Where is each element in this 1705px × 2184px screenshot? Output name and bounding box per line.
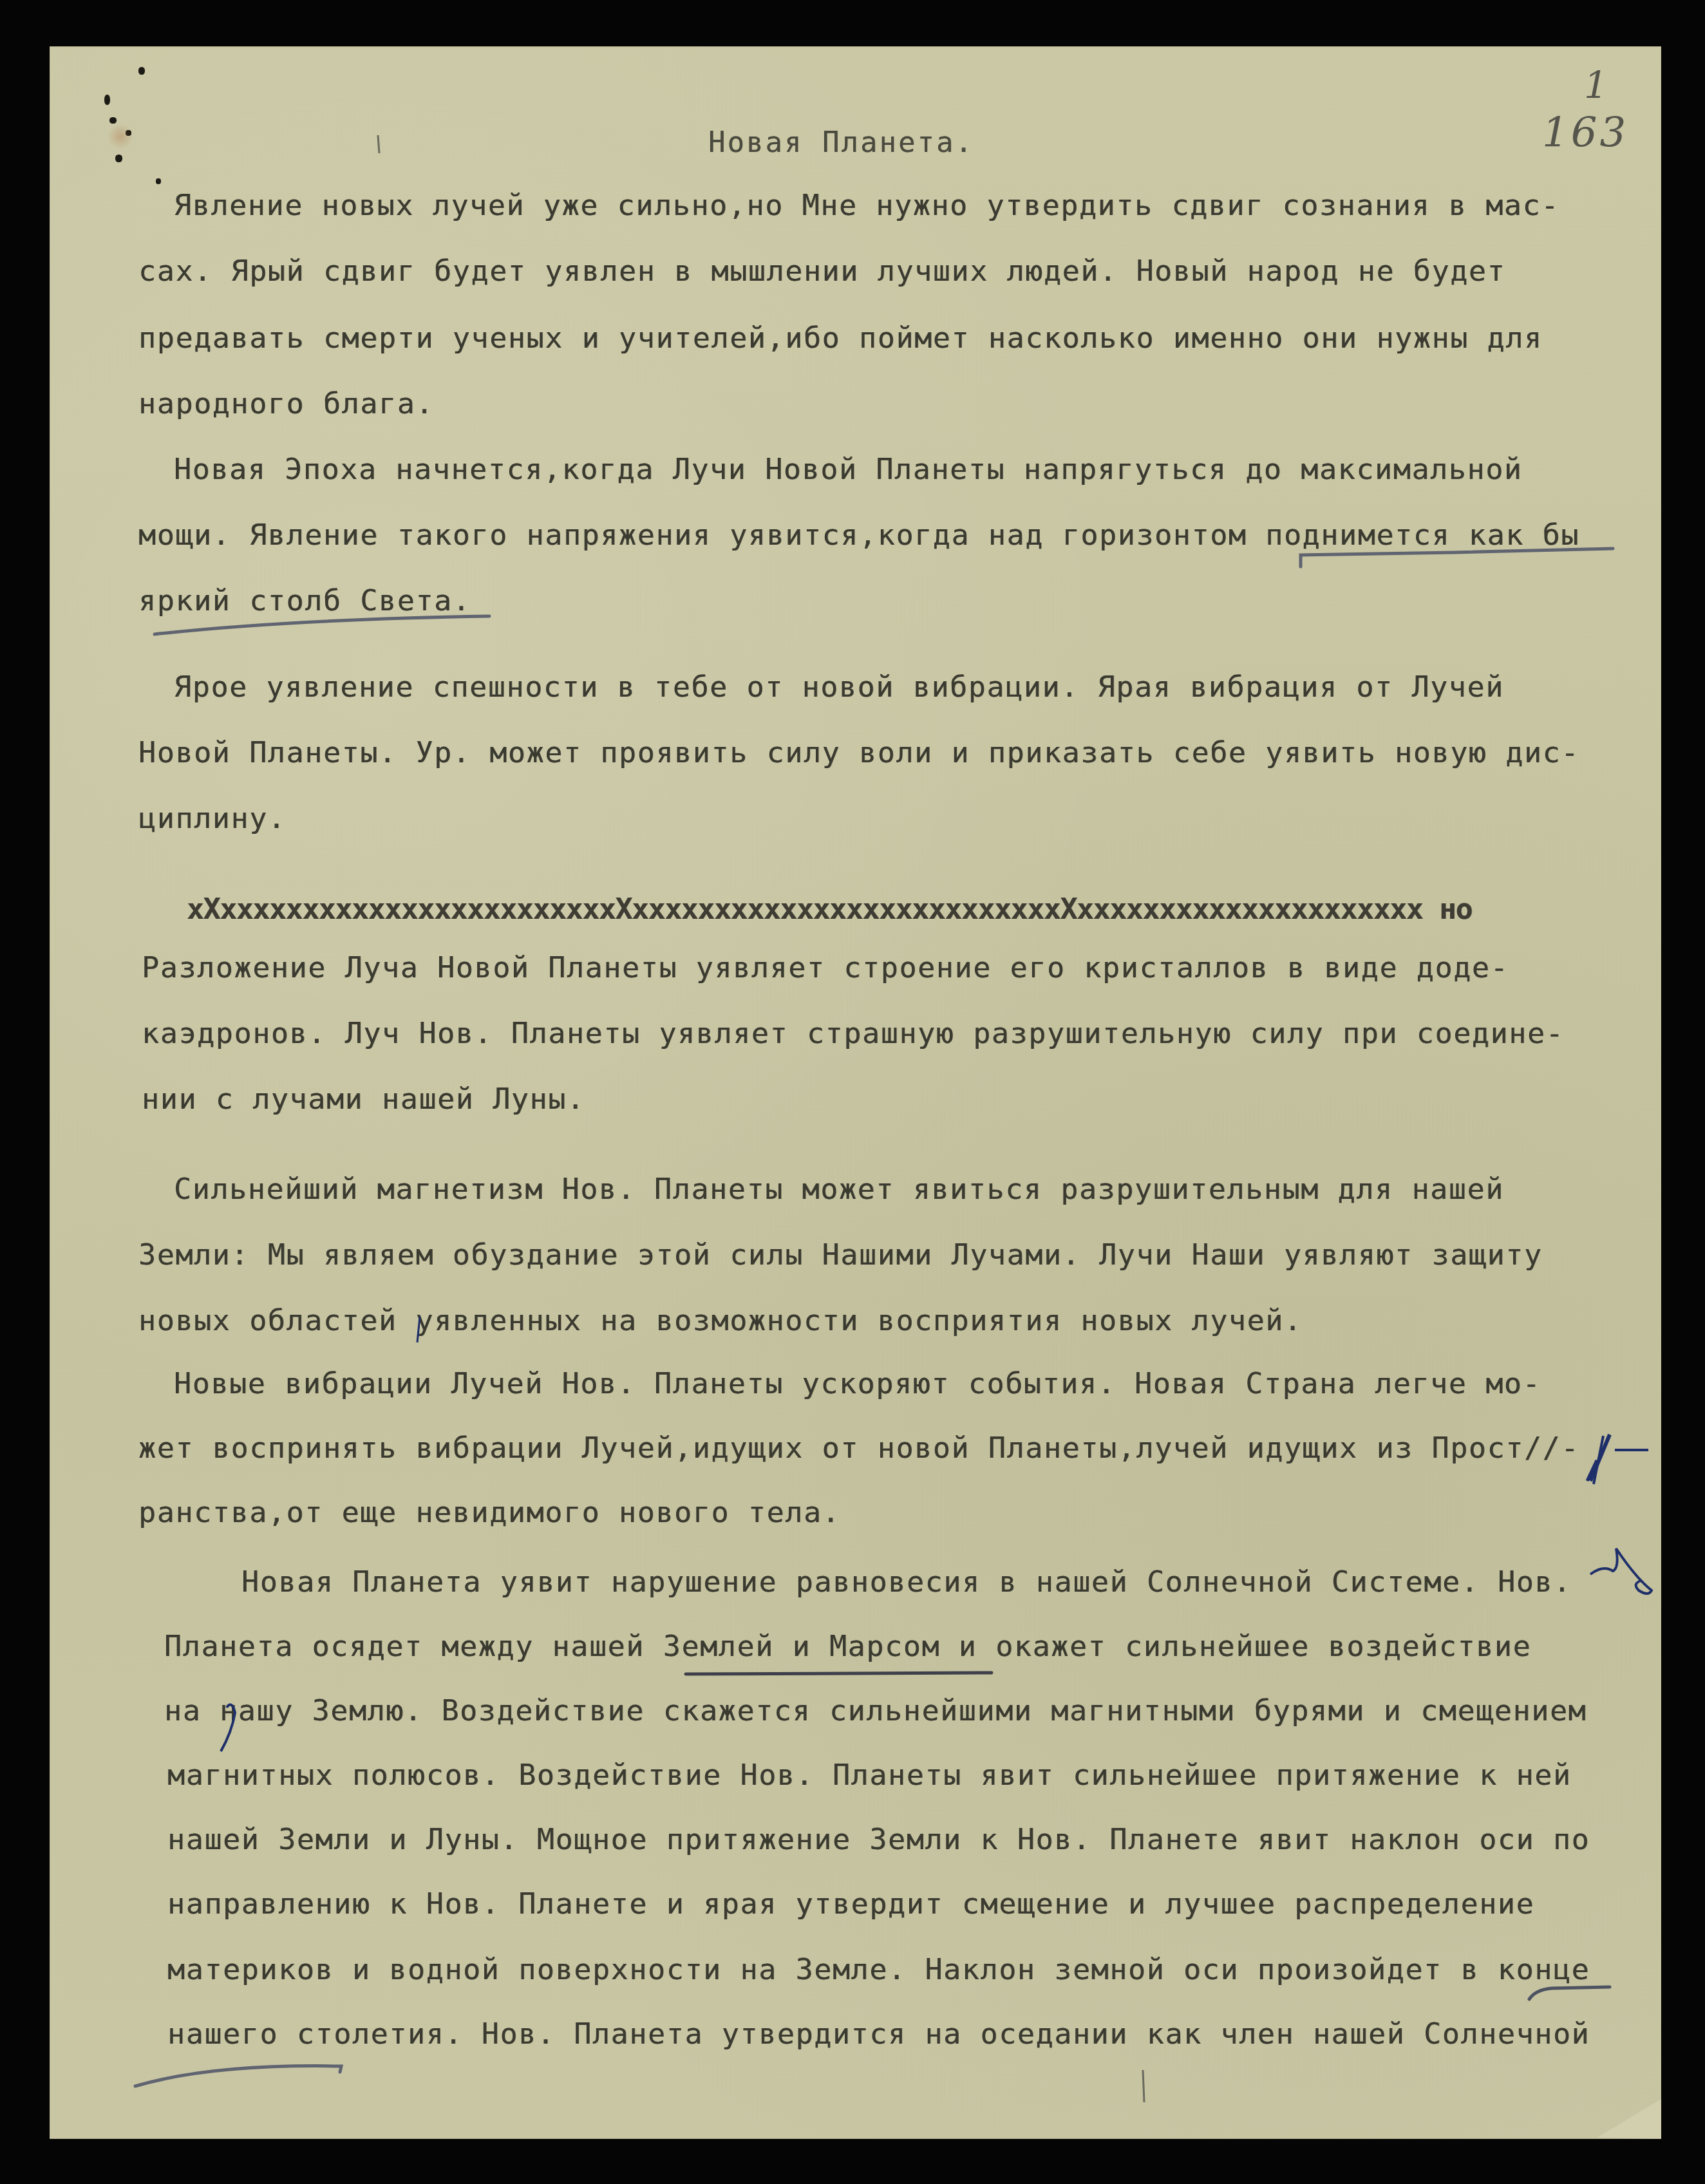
text-line: яркий столб Света. bbox=[138, 583, 471, 617]
text-line: циплину. bbox=[138, 801, 287, 835]
text-line: направлению к Нов. Планете и ярая утверд… bbox=[167, 1887, 1534, 1921]
text-line: Разложение Луча Новой Планеты уявляет ст… bbox=[142, 950, 1509, 984]
text-line: Новая Эпоха начнется,когда Лучи Новой Пл… bbox=[174, 452, 1523, 486]
text-line: Явление новых лучей уже сильно,но Мне ну… bbox=[174, 188, 1559, 222]
struck-out-line: xXxxxxxxxxxxxxxxxxxxxxxxxxXxxxxxxxxxxxxx… bbox=[187, 892, 1472, 926]
text-line: ранства,от еще невидимого нового тела. bbox=[138, 1495, 840, 1529]
text-line: магнитных полюсов. Воздействие Нов. План… bbox=[167, 1758, 1572, 1792]
text-line: предавать смерти ученых и учителей,ибо п… bbox=[138, 321, 1543, 355]
text-line: нии с лучами нашей Луны. bbox=[142, 1082, 585, 1116]
punch-hole bbox=[115, 155, 122, 162]
text-line: мощи. Явление такого напряжения уявится,… bbox=[138, 518, 1579, 552]
text-line: Новой Планеты. Ур. может проявить силу в… bbox=[138, 735, 1579, 769]
punch-hole bbox=[109, 117, 117, 124]
text-line: Планета осядет между нашей Землей и Марс… bbox=[164, 1629, 1531, 1663]
punch-hole bbox=[104, 95, 110, 105]
text-line: каэдронов. Луч Нов. Планеты уявляет стра… bbox=[142, 1016, 1564, 1050]
rust-stain bbox=[108, 124, 133, 149]
text-line: Земли: Мы являем обуздание этой силы Наш… bbox=[138, 1238, 1543, 1272]
text-line: народного блага. bbox=[138, 386, 434, 420]
text-line: нашей Земли и Луны. Мощное притяжение Зе… bbox=[167, 1822, 1590, 1856]
text-line: Сильнейший магнетизм Нов. Планеты может … bbox=[174, 1172, 1504, 1206]
page-title: Новая Планета. bbox=[708, 126, 974, 159]
text-line: Новые вибрации Лучей Нов. Планеты ускоря… bbox=[174, 1366, 1541, 1400]
punch-hole bbox=[156, 178, 161, 184]
text-line: материков и водной поверхности на Земле.… bbox=[167, 1952, 1590, 1986]
text-line: Ярое уявление спешности в тебе от новой … bbox=[174, 670, 1504, 704]
text-line: нашего столетия. Нов. Планета утвердится… bbox=[167, 2017, 1590, 2051]
text-line: на нашу Землю. Воздействие скажется силь… bbox=[164, 1693, 1587, 1727]
punch-hole bbox=[138, 67, 145, 75]
text-line: новых областей уявленных на возможности … bbox=[138, 1303, 1303, 1337]
text-line: сах. Ярый сдвиг будет уявлен в мышлении … bbox=[138, 254, 1505, 288]
folio-mark-top: 1 bbox=[1584, 63, 1608, 107]
folio-mark-number: 163 bbox=[1542, 109, 1628, 157]
text-line: Новая Планета уявит нарушение равновесия… bbox=[241, 1565, 1572, 1599]
text-line: жет воспринять вибрации Лучей,идущих от … bbox=[138, 1431, 1579, 1465]
